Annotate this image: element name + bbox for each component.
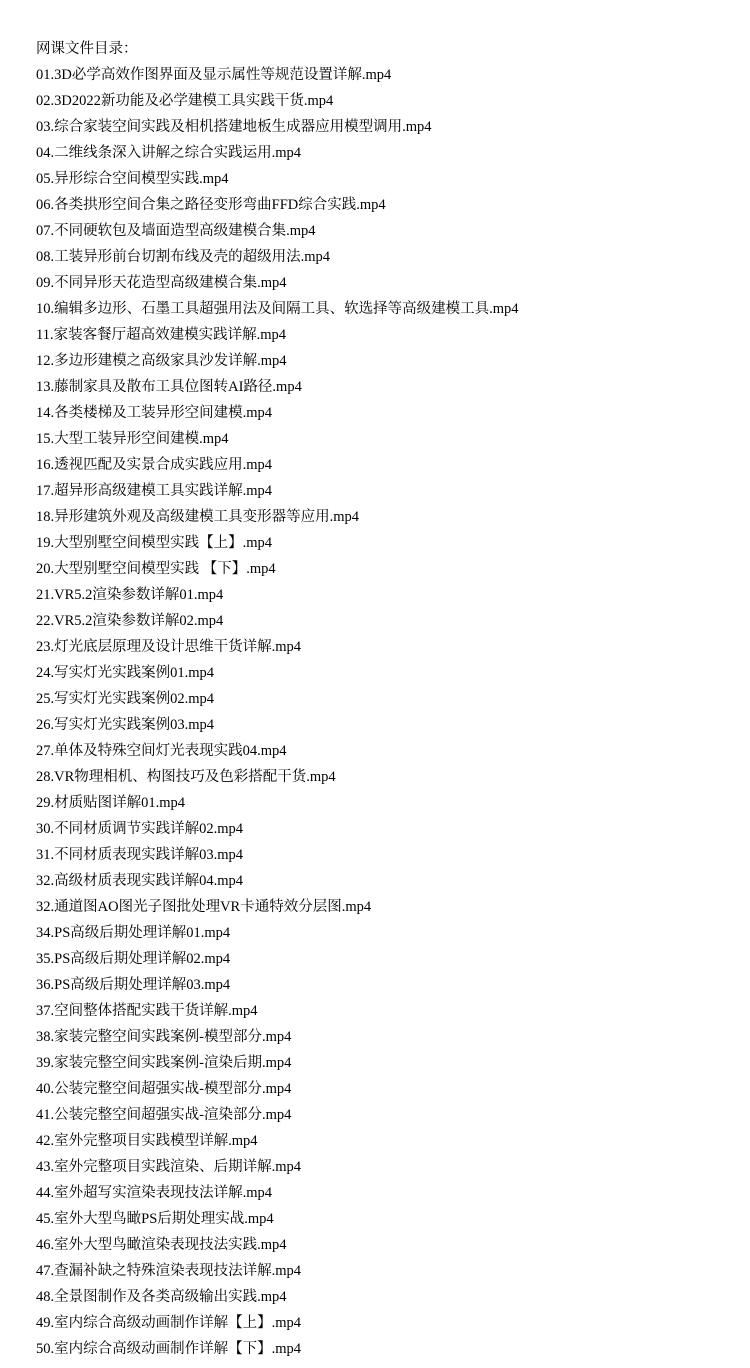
list-item: 23.灯光底层原理及设计思维干货详解.mp4 xyxy=(36,634,519,660)
list-title: 网课文件目录： xyxy=(36,36,519,62)
list-item: 25.写实灯光实践案例02.mp4 xyxy=(36,686,519,712)
list-item: 37.空间整体搭配实践干货详解.mp4 xyxy=(36,998,519,1024)
list-item: 42.室外完整项目实践模型详解.mp4 xyxy=(36,1128,519,1154)
list-item: 11.家装客餐厅超高效建模实践详解.mp4 xyxy=(36,322,519,348)
list-item: 08.工装异形前台切割布线及壳的超级用法.mp4 xyxy=(36,244,519,270)
list-item: 41.公装完整空间超强实战-渲染部分.mp4 xyxy=(36,1102,519,1128)
list-item: 40.公装完整空间超强实战-模型部分.mp4 xyxy=(36,1076,519,1102)
list-item: 43.室外完整项目实践渲染、后期详解.mp4 xyxy=(36,1154,519,1180)
list-item: 32.通道图AO图光子图批处理VR卡通特效分层图.mp4 xyxy=(36,894,519,920)
list-item: 01.3D必学高效作图界面及显示属性等规范设置详解.mp4 xyxy=(36,62,519,88)
list-item: 13.藤制家具及散布工具位图转AI路径.mp4 xyxy=(36,374,519,400)
list-item: 44.室外超写实渲染表现技法详解.mp4 xyxy=(36,1180,519,1206)
list-item: 39.家装完整空间实践案例-渲染后期.mp4 xyxy=(36,1050,519,1076)
list-item: 46.室外大型鸟瞰渲染表现技法实践.mp4 xyxy=(36,1232,519,1258)
list-item: 18.异形建筑外观及高级建模工具变形器等应用.mp4 xyxy=(36,504,519,530)
list-item: 31.不同材质表现实践详解03.mp4 xyxy=(36,842,519,868)
list-item: 47.查漏补缺之特殊渲染表现技法详解.mp4 xyxy=(36,1258,519,1284)
list-item: 30.不同材质调节实践详解02.mp4 xyxy=(36,816,519,842)
list-item: 50.室内综合高级动画制作详解【下】.mp4 xyxy=(36,1336,519,1362)
list-item: 21.VR5.2渲染参数详解01.mp4 xyxy=(36,582,519,608)
list-item: 16.透视匹配及实景合成实践应用.mp4 xyxy=(36,452,519,478)
list-item: 27.单体及特殊空间灯光表现实践04.mp4 xyxy=(36,738,519,764)
list-item: 26.写实灯光实践案例03.mp4 xyxy=(36,712,519,738)
list-item: 22.VR5.2渲染参数详解02.mp4 xyxy=(36,608,519,634)
list-item: 24.写实灯光实践案例01.mp4 xyxy=(36,660,519,686)
list-item: 15.大型工装异形空间建模.mp4 xyxy=(36,426,519,452)
list-item: 19.大型别墅空间模型实践【上】.mp4 xyxy=(36,530,519,556)
list-item: 02.3D2022新功能及必学建模工具实践干货.mp4 xyxy=(36,88,519,114)
list-item: 49.室内综合高级动画制作详解【上】.mp4 xyxy=(36,1310,519,1336)
list-item: 14.各类楼梯及工装异形空间建模.mp4 xyxy=(36,400,519,426)
list-item: 35.PS高级后期处理详解02.mp4 xyxy=(36,946,519,972)
list-item: 45.室外大型鸟瞰PS后期处理实战.mp4 xyxy=(36,1206,519,1232)
list-item: 32.高级材质表现实践详解04.mp4 xyxy=(36,868,519,894)
list-item: 03.综合家装空间实践及相机搭建地板生成器应用模型调用.mp4 xyxy=(36,114,519,140)
list-item: 38.家装完整空间实践案例-模型部分.mp4 xyxy=(36,1024,519,1050)
list-item: 28.VR物理相机、构图技巧及色彩搭配干货.mp4 xyxy=(36,764,519,790)
list-item: 07.不同硬软包及墙面造型高级建模合集.mp4 xyxy=(36,218,519,244)
list-item: 17.超异形高级建模工具实践详解.mp4 xyxy=(36,478,519,504)
list-item: 12.多边形建模之高级家具沙发详解.mp4 xyxy=(36,348,519,374)
list-item: 09.不同异形天花造型高级建模合集.mp4 xyxy=(36,270,519,296)
list-item: 36.PS高级后期处理详解03.mp4 xyxy=(36,972,519,998)
course-file-list: 网课文件目录： 01.3D必学高效作图界面及显示属性等规范设置详解.mp4 02… xyxy=(36,36,519,1362)
list-item: 06.各类拱形空间合集之路径变形弯曲FFD综合实践.mp4 xyxy=(36,192,519,218)
list-item: 29.材质贴图详解01.mp4 xyxy=(36,790,519,816)
list-item: 05.异形综合空间模型实践.mp4 xyxy=(36,166,519,192)
list-item: 04.二维线条深入讲解之综合实践运用.mp4 xyxy=(36,140,519,166)
list-item: 48.全景图制作及各类高级输出实践.mp4 xyxy=(36,1284,519,1310)
list-item: 20.大型别墅空间模型实践 【下】.mp4 xyxy=(36,556,519,582)
list-item: 34.PS高级后期处理详解01.mp4 xyxy=(36,920,519,946)
list-item: 10.编辑多边形、石墨工具超强用法及间隔工具、软选择等高级建模工具.mp4 xyxy=(36,296,519,322)
